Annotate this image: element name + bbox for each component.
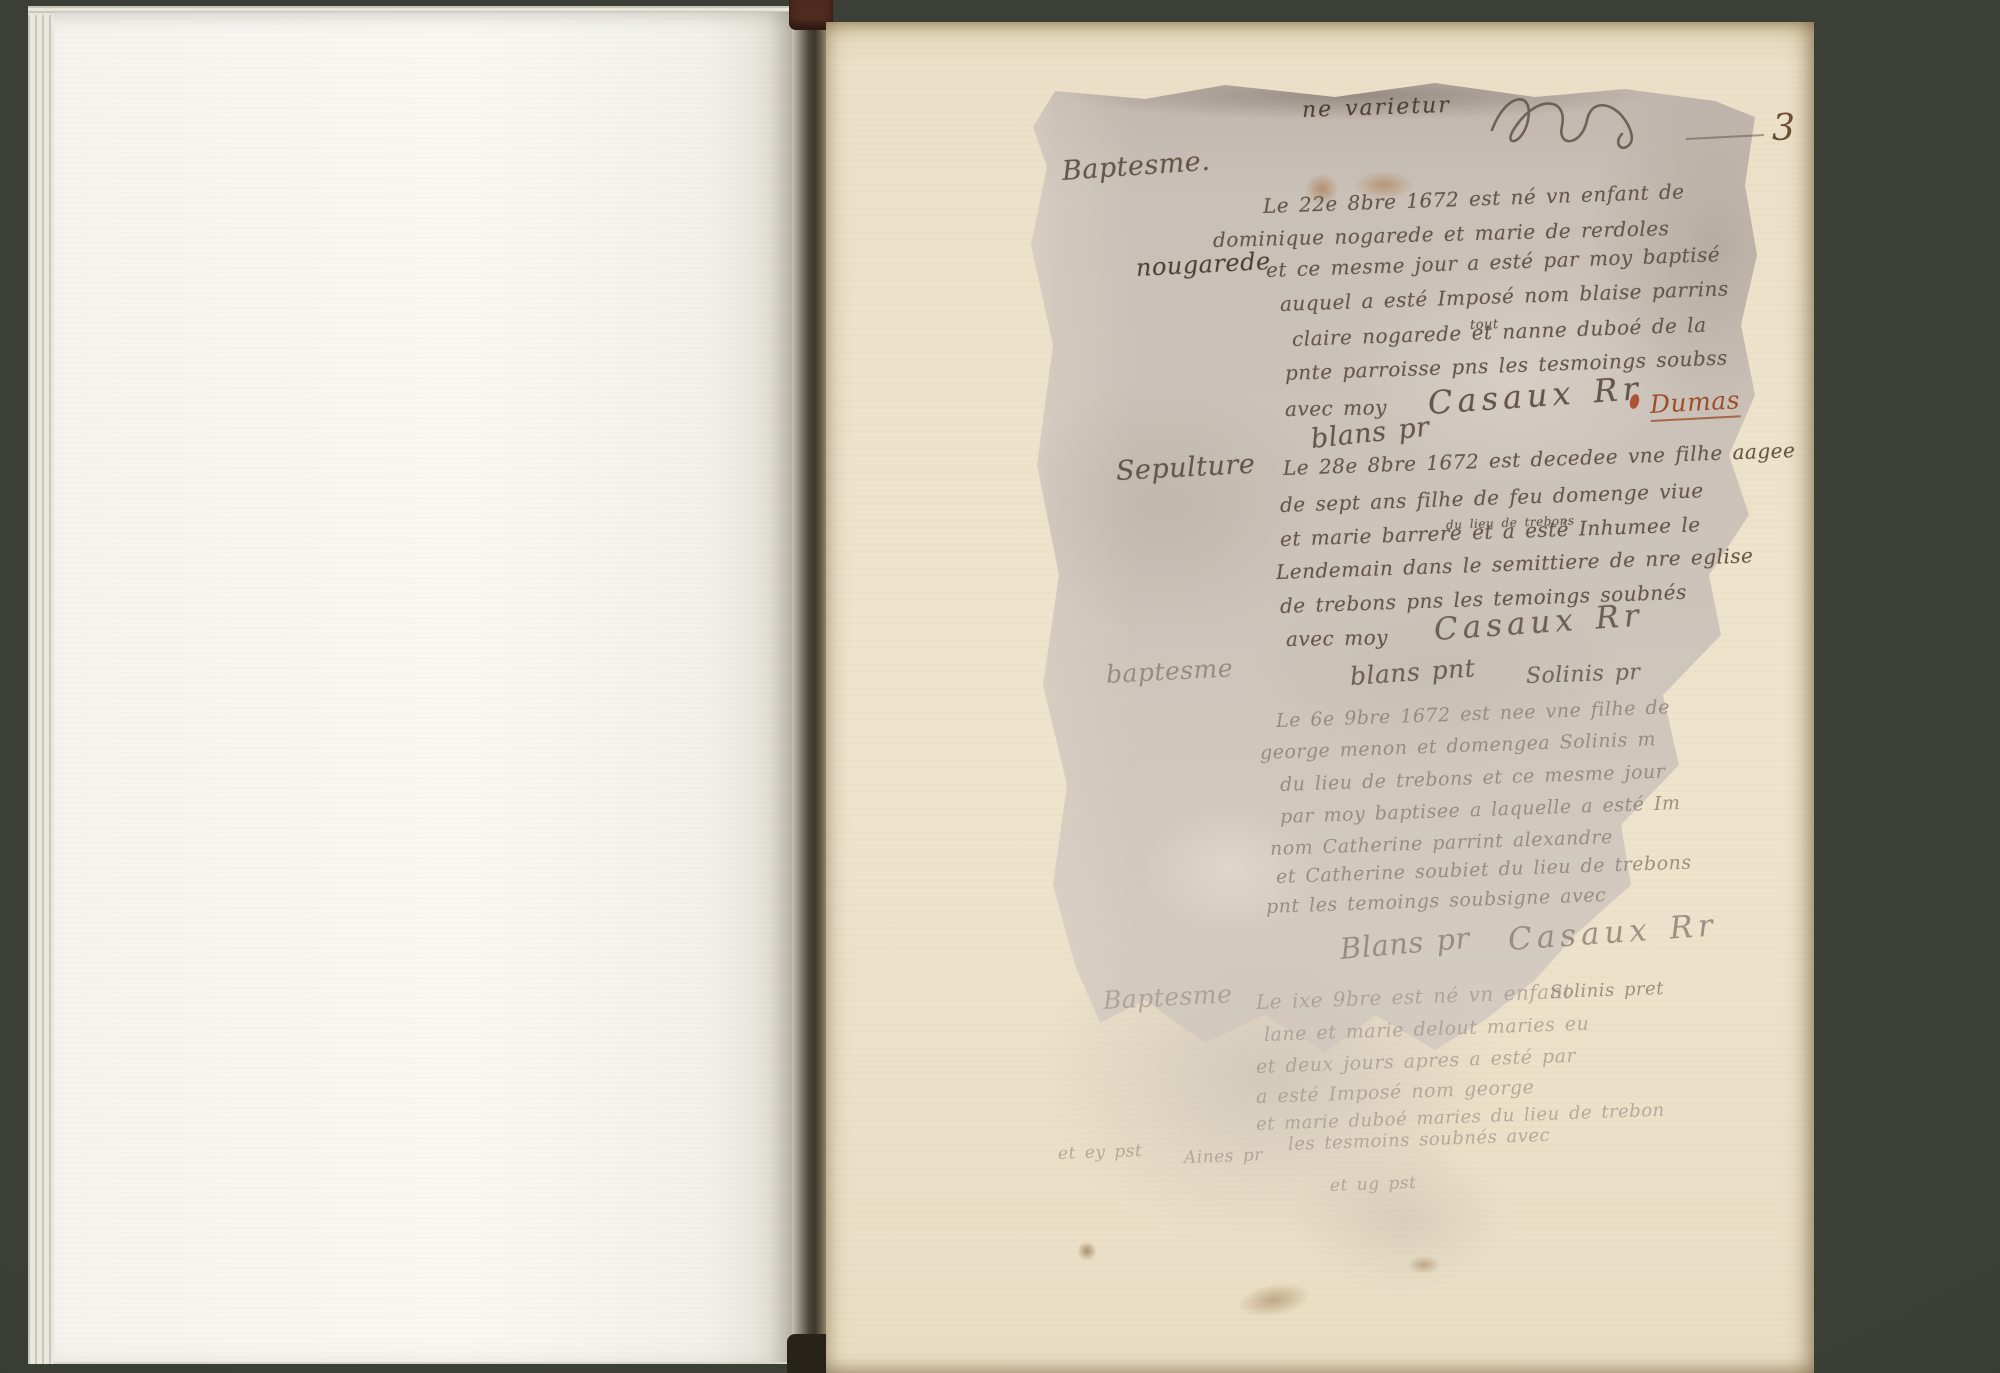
- book-scan-scene: ne varietur 3 Baptesme. Le 22e 8bre 1672…: [0, 0, 2000, 1373]
- record-4-faint-mark: et ey pst: [1058, 1141, 1143, 1164]
- ink-stain: [1078, 1240, 1096, 1262]
- book-gutter: [792, 0, 830, 1373]
- folio-number: 3: [1772, 108, 1795, 149]
- record-2-line: avec moy: [1286, 625, 1388, 651]
- left-page-blank: [54, 12, 792, 1362]
- header-annotation: ne varietur: [1302, 93, 1452, 123]
- record-2-closing-right: Solinis pr: [1526, 660, 1641, 689]
- notarial-paraph-flourish: [1486, 84, 1646, 160]
- record-4-faint-mark: et ug pst: [1330, 1173, 1417, 1196]
- record-1-signature-dumas: Dumas: [1649, 385, 1741, 422]
- ink-stain: [1408, 1256, 1440, 1274]
- record-4-faint-mark: Aines pr: [1184, 1145, 1264, 1168]
